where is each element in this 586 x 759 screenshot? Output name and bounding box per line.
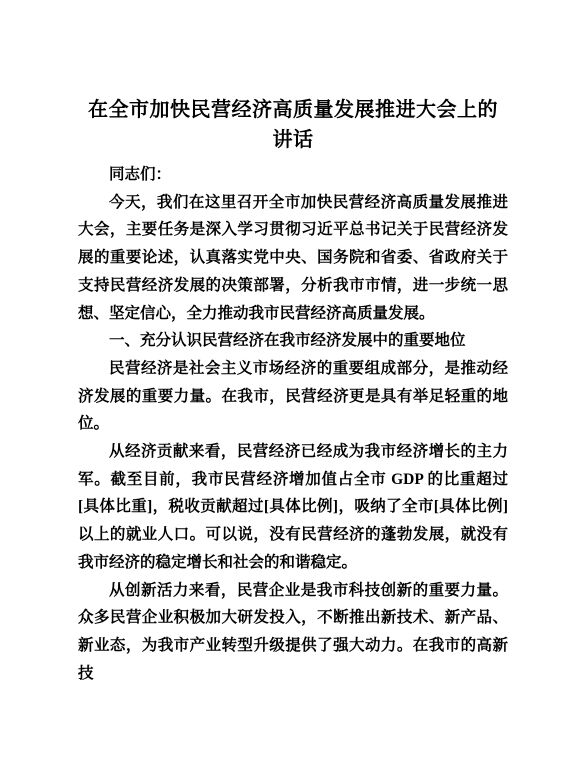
document-title: 在全市加快民营经济高质量发展推进大会上的讲话 [78, 95, 508, 155]
document-page: 在全市加快民营经济高质量发展推进大会上的讲话 同志们： 今天，我们在这里召开全市… [0, 0, 586, 759]
contribution-paragraph: 从经济贡献来看，民营经济已经成为我市经济增长的主力军。截至目前，我市民营经济增加… [78, 438, 508, 577]
salutation: 同志们： [78, 161, 508, 189]
intro-paragraph: 今天，我们在这里召开全市加快民营经济高质量发展推进大会，主要任务是深入学习贯彻习… [78, 189, 508, 328]
position-paragraph: 民营经济是社会主义市场经济的重要组成部分，是推动经济发展的重要力量。在我市，民营… [78, 355, 508, 438]
innovation-paragraph: 从创新活力来看，民营企业是我市科技创新的重要力量。众多民营企业积极加大研发投入，… [78, 577, 508, 688]
section-1-heading: 一、充分认识民营经济在我市经济发展中的重要地位 [78, 327, 508, 355]
